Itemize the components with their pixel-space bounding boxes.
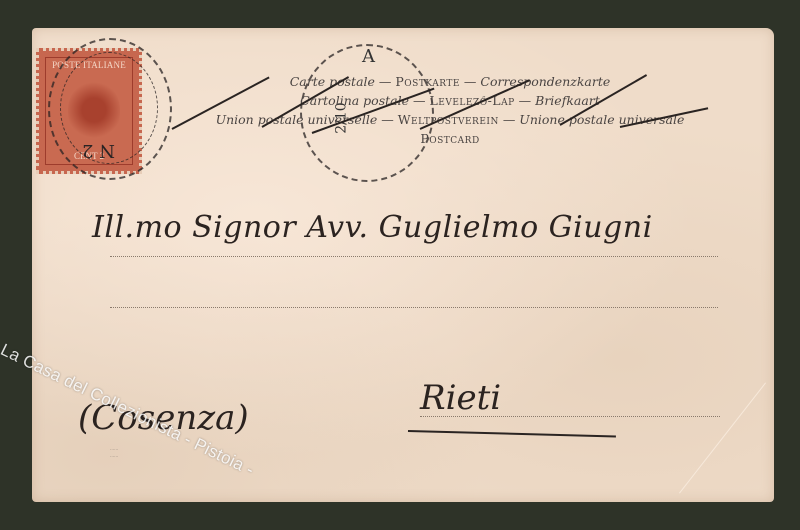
separator: — (464, 74, 477, 89)
address-dotted-line-2 (110, 307, 718, 308)
header-text: Postcard (420, 131, 479, 146)
postmark-center-letter: A (362, 46, 375, 67)
separator: — (519, 93, 532, 108)
separator: — (379, 74, 392, 89)
printed-header: Carte postale — Postkarte — Corresponden… (180, 72, 720, 148)
header-line-4: Postcard (180, 129, 720, 148)
address-recipient: Ill.mo Signor Avv. Guglielmo Giugni (92, 210, 653, 245)
fold-crease (679, 383, 766, 494)
header-text: Postkarte (395, 74, 460, 89)
separator: — (381, 112, 394, 127)
publisher-imprint: ...... ...... (110, 446, 118, 460)
address-dotted-line-3 (420, 416, 720, 417)
imprint-line: ...... (110, 446, 118, 453)
imprint-line: ...... (110, 453, 118, 460)
header-text: Union postale universelle (216, 112, 378, 127)
header-line-2: Cartolina postale — Levelező-Lap — Brief… (180, 91, 720, 110)
address-city: Rieti (420, 378, 501, 418)
separator: — (503, 112, 516, 127)
postmark-left-text: N 2 (82, 140, 115, 161)
address-dotted-line-1 (110, 256, 718, 257)
header-text: Correspondenzkarte (480, 74, 610, 89)
